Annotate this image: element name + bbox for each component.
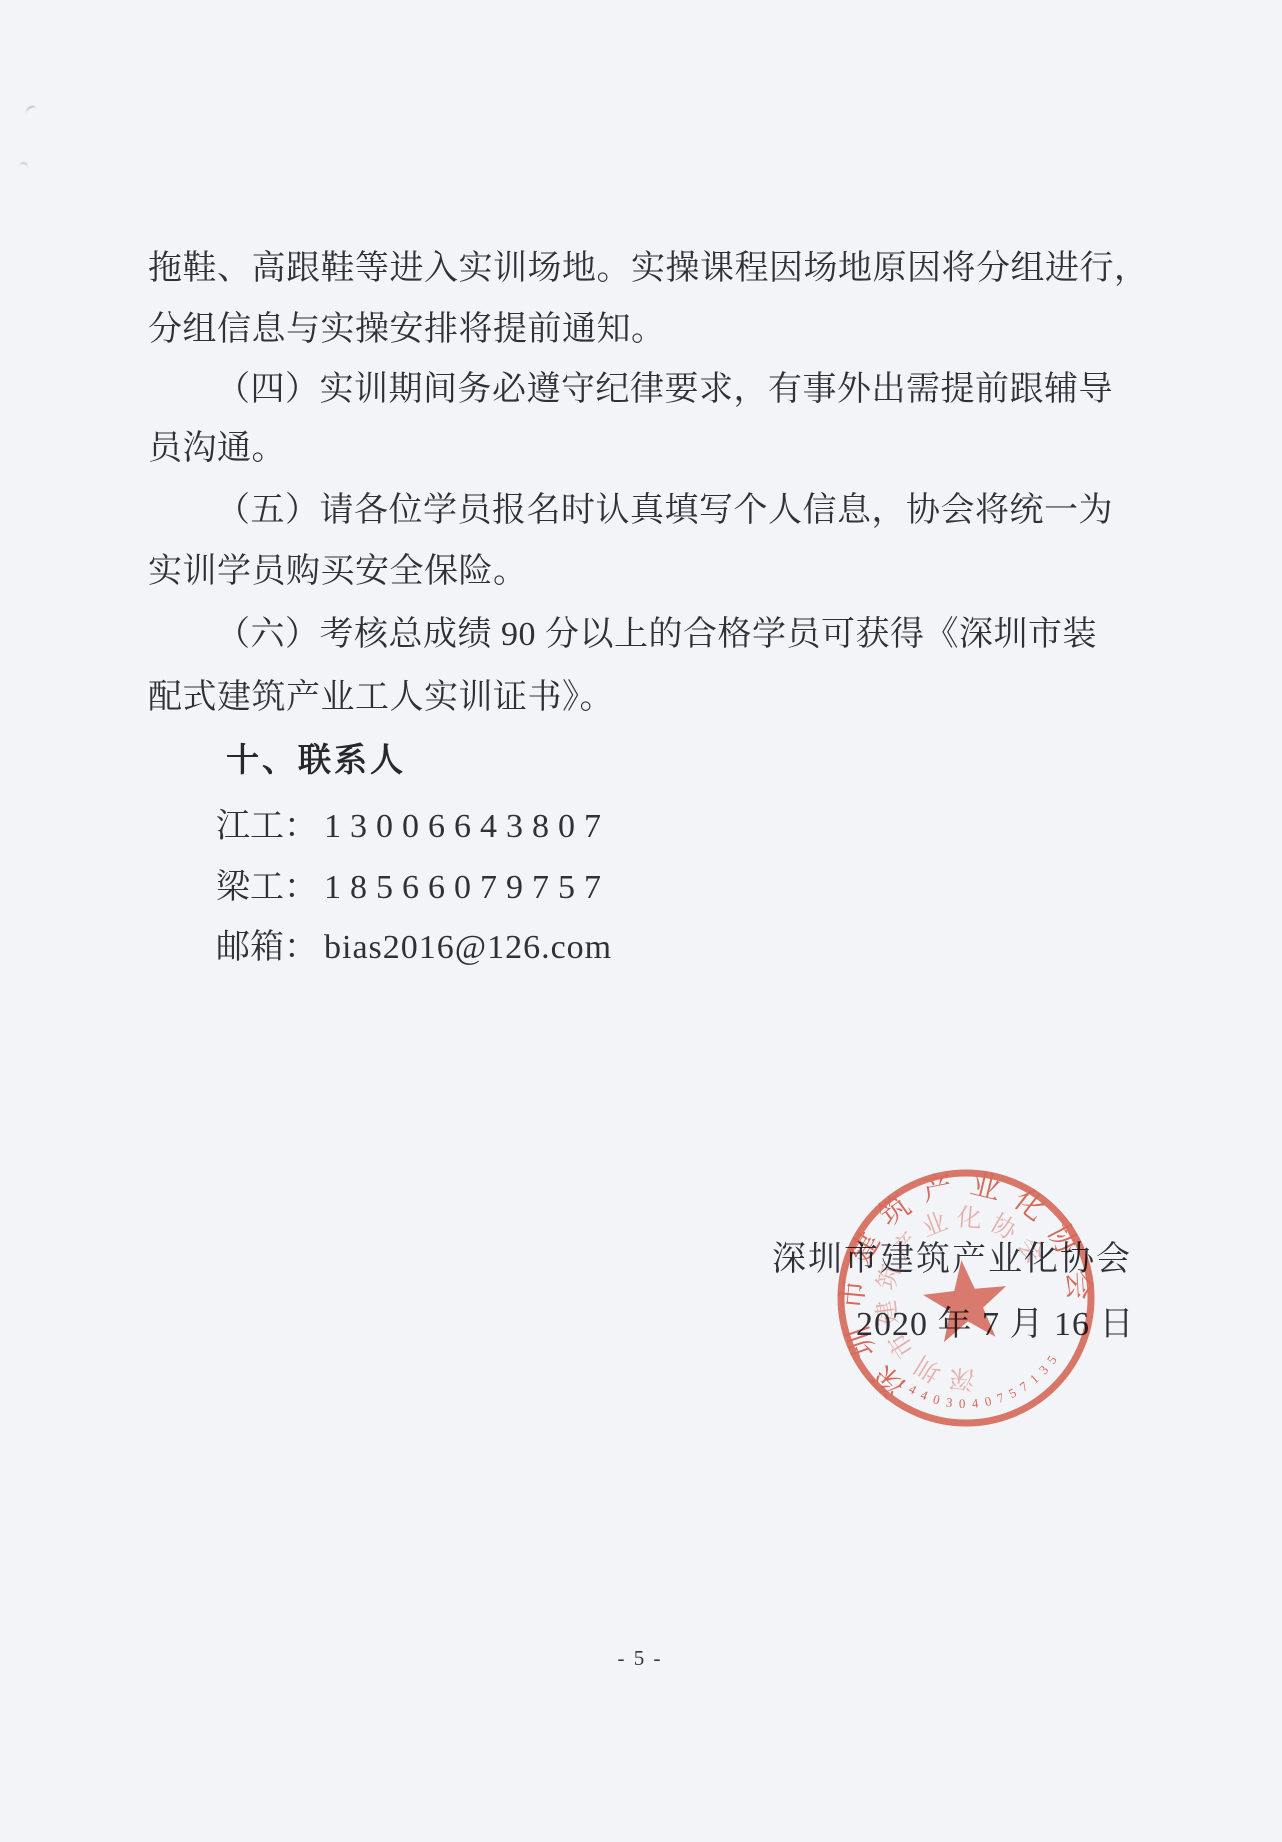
contact-line: 江工：13006643807 bbox=[216, 798, 610, 847]
paragraph-line: 实训学员购买安全保险。 bbox=[148, 551, 1158, 594]
contact-label: 邮箱： bbox=[216, 929, 318, 966]
contact-email: bias2016@126.com bbox=[324, 929, 612, 966]
contact-phone: 13006643807 bbox=[324, 808, 610, 845]
paragraph-line: 拖鞋、高跟鞋等进入实训场地。实操课程因场地原因将分组进行， bbox=[148, 248, 1158, 291]
paragraph-line: （四）实训期间务必遵守纪律要求，有事外出需提前跟辅导 bbox=[148, 369, 1226, 412]
paragraph-line: 员沟通。 bbox=[148, 428, 1158, 471]
contact-line: 邮箱：bias2016@126.com bbox=[216, 919, 612, 968]
scan-artifact bbox=[18, 161, 29, 173]
contact-line: 梁工：18566079757 bbox=[216, 859, 610, 908]
paragraph-line: （六）考核总成绩 90 分以上的合格学员可获得《深圳市装 bbox=[148, 614, 1226, 657]
official-seal-stamp: 深圳市建筑产业化协会 深圳市建筑产业化协会 4403040757135 bbox=[826, 1158, 1106, 1438]
paragraph-line: 配式建筑产业工人实训证书》。 bbox=[148, 677, 1158, 720]
paragraph-line: 分组信息与实操安排将提前通知。 bbox=[148, 309, 1158, 352]
page-number: - 5 - bbox=[560, 1646, 720, 1671]
section-heading: 十、联系人 bbox=[226, 734, 406, 781]
contact-label: 梁工： bbox=[216, 869, 318, 906]
scan-artifact bbox=[25, 105, 39, 119]
contact-label: 江工： bbox=[216, 808, 318, 845]
paragraph-line: （五）请各位学员报名时认真填写个人信息，协会将统一为 bbox=[148, 490, 1226, 533]
document-page: 拖鞋、高跟鞋等进入实训场地。实操课程因场地原因将分组进行， 分组信息与实操安排将… bbox=[0, 0, 1282, 1842]
seal-star-icon bbox=[920, 1256, 1011, 1344]
contact-phone: 18566079757 bbox=[324, 869, 610, 906]
